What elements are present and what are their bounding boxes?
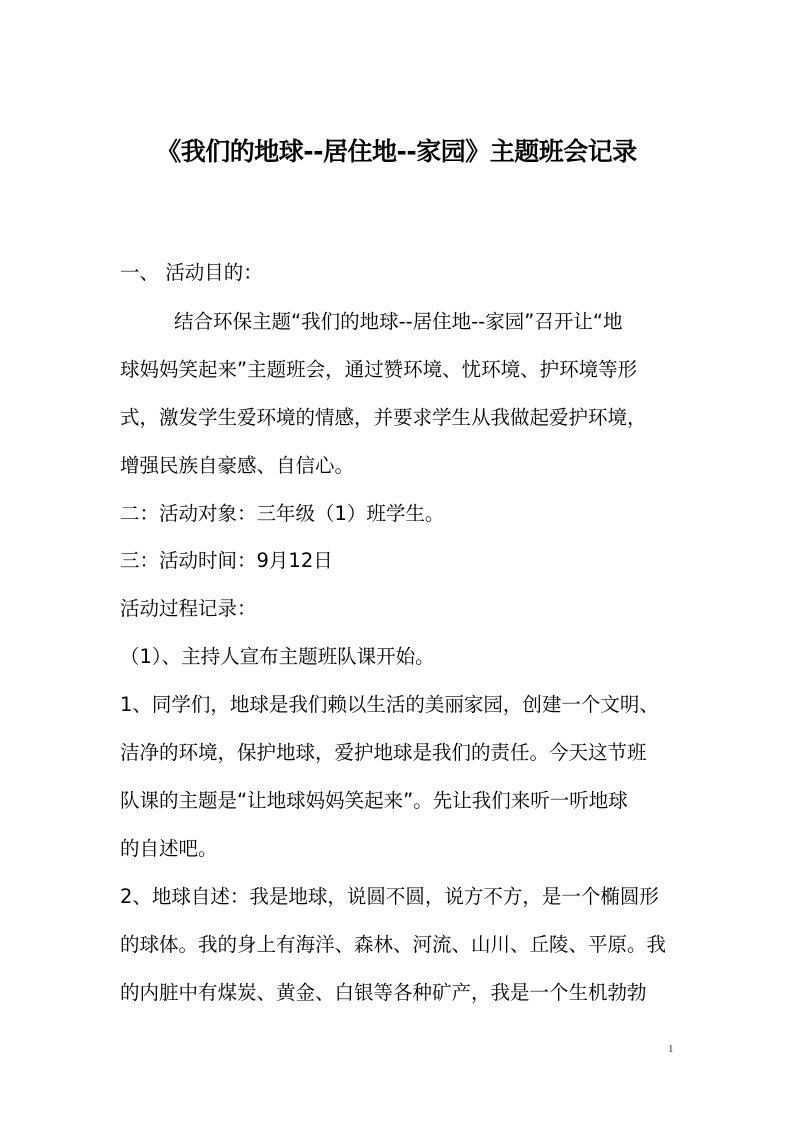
paragraph-line: 的内脏中有煤炭、黄金、白银等各种矿产，我是一个生机勃勃: [120, 978, 647, 1008]
paragraph-line: 2、地球自述：我是地球，说圆不圆，说方不方，是一个椭圆形: [120, 882, 659, 912]
section-heading-audience: 二：活动对象：三年级（1）班学生。: [120, 499, 444, 529]
paragraph-line: 洁净的环境，保护地球，爱护地球是我们的责任。今天这节班: [120, 738, 647, 768]
paragraph-line: 式，激发学生爱环境的情感，并要求学生从我做起爱护环境，: [120, 403, 647, 433]
document-page: 《我们的地球--居住地--家园》主题班会记录 一、 活动目的： 结合环保主题“我…: [0, 0, 793, 1122]
paragraph-line: 球妈妈笑起来”主题班会，通过赞环境、忧环境、护环境等形: [120, 355, 637, 385]
document-title: 《我们的地球--居住地--家园》主题班会记录: [0, 132, 793, 172]
paragraph-line: 结合环保主题“我们的地球--居住地--家园”召开让“地: [174, 307, 622, 337]
paragraph-line: 增强民族自豪感、自信心。: [120, 451, 354, 481]
paragraph-line: 队课的主题是“让地球妈妈笑起来”。先让我们来听一听地球: [120, 786, 628, 816]
paragraph-line: （1）、主持人宣布主题班队课开始。: [120, 642, 435, 672]
paragraph-line: 1、同学们，地球是我们赖以生活的美丽家园，创建一个文明、: [120, 690, 659, 720]
paragraph-line: 的球体。我的身上有海洋、森林、河流、山川、丘陵、平原。我: [120, 930, 666, 960]
paragraph-line: 的自述吧。: [120, 834, 218, 864]
section-heading-purpose: 一、 活动目的：: [120, 258, 263, 288]
page-number: 1: [668, 1043, 674, 1055]
section-heading-process: 活动过程记录：: [120, 594, 257, 624]
section-heading-time: 三：活动时间：9月12日: [120, 546, 333, 576]
